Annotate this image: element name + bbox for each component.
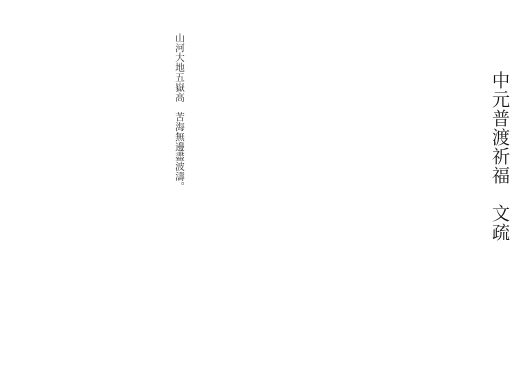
prayer-document-sheet: 中元普渡祈福 文疏 山河大地五嶽高 苦海無邊盡波濤。 欲得解脫諸煩惱 唯捨我執急…: [0, 0, 520, 368]
poem-line-1: 山河大地五嶽高 苦海無邊盡波濤。: [0, 33, 184, 364]
document-title: 中元普渡祈福 文疏: [196, 33, 514, 364]
vertical-text-flow: 中元普渡祈福 文疏 山河大地五嶽高 苦海無邊盡波濤。 欲得解脫諸煩惱 唯捨我執急…: [4, 33, 514, 364]
